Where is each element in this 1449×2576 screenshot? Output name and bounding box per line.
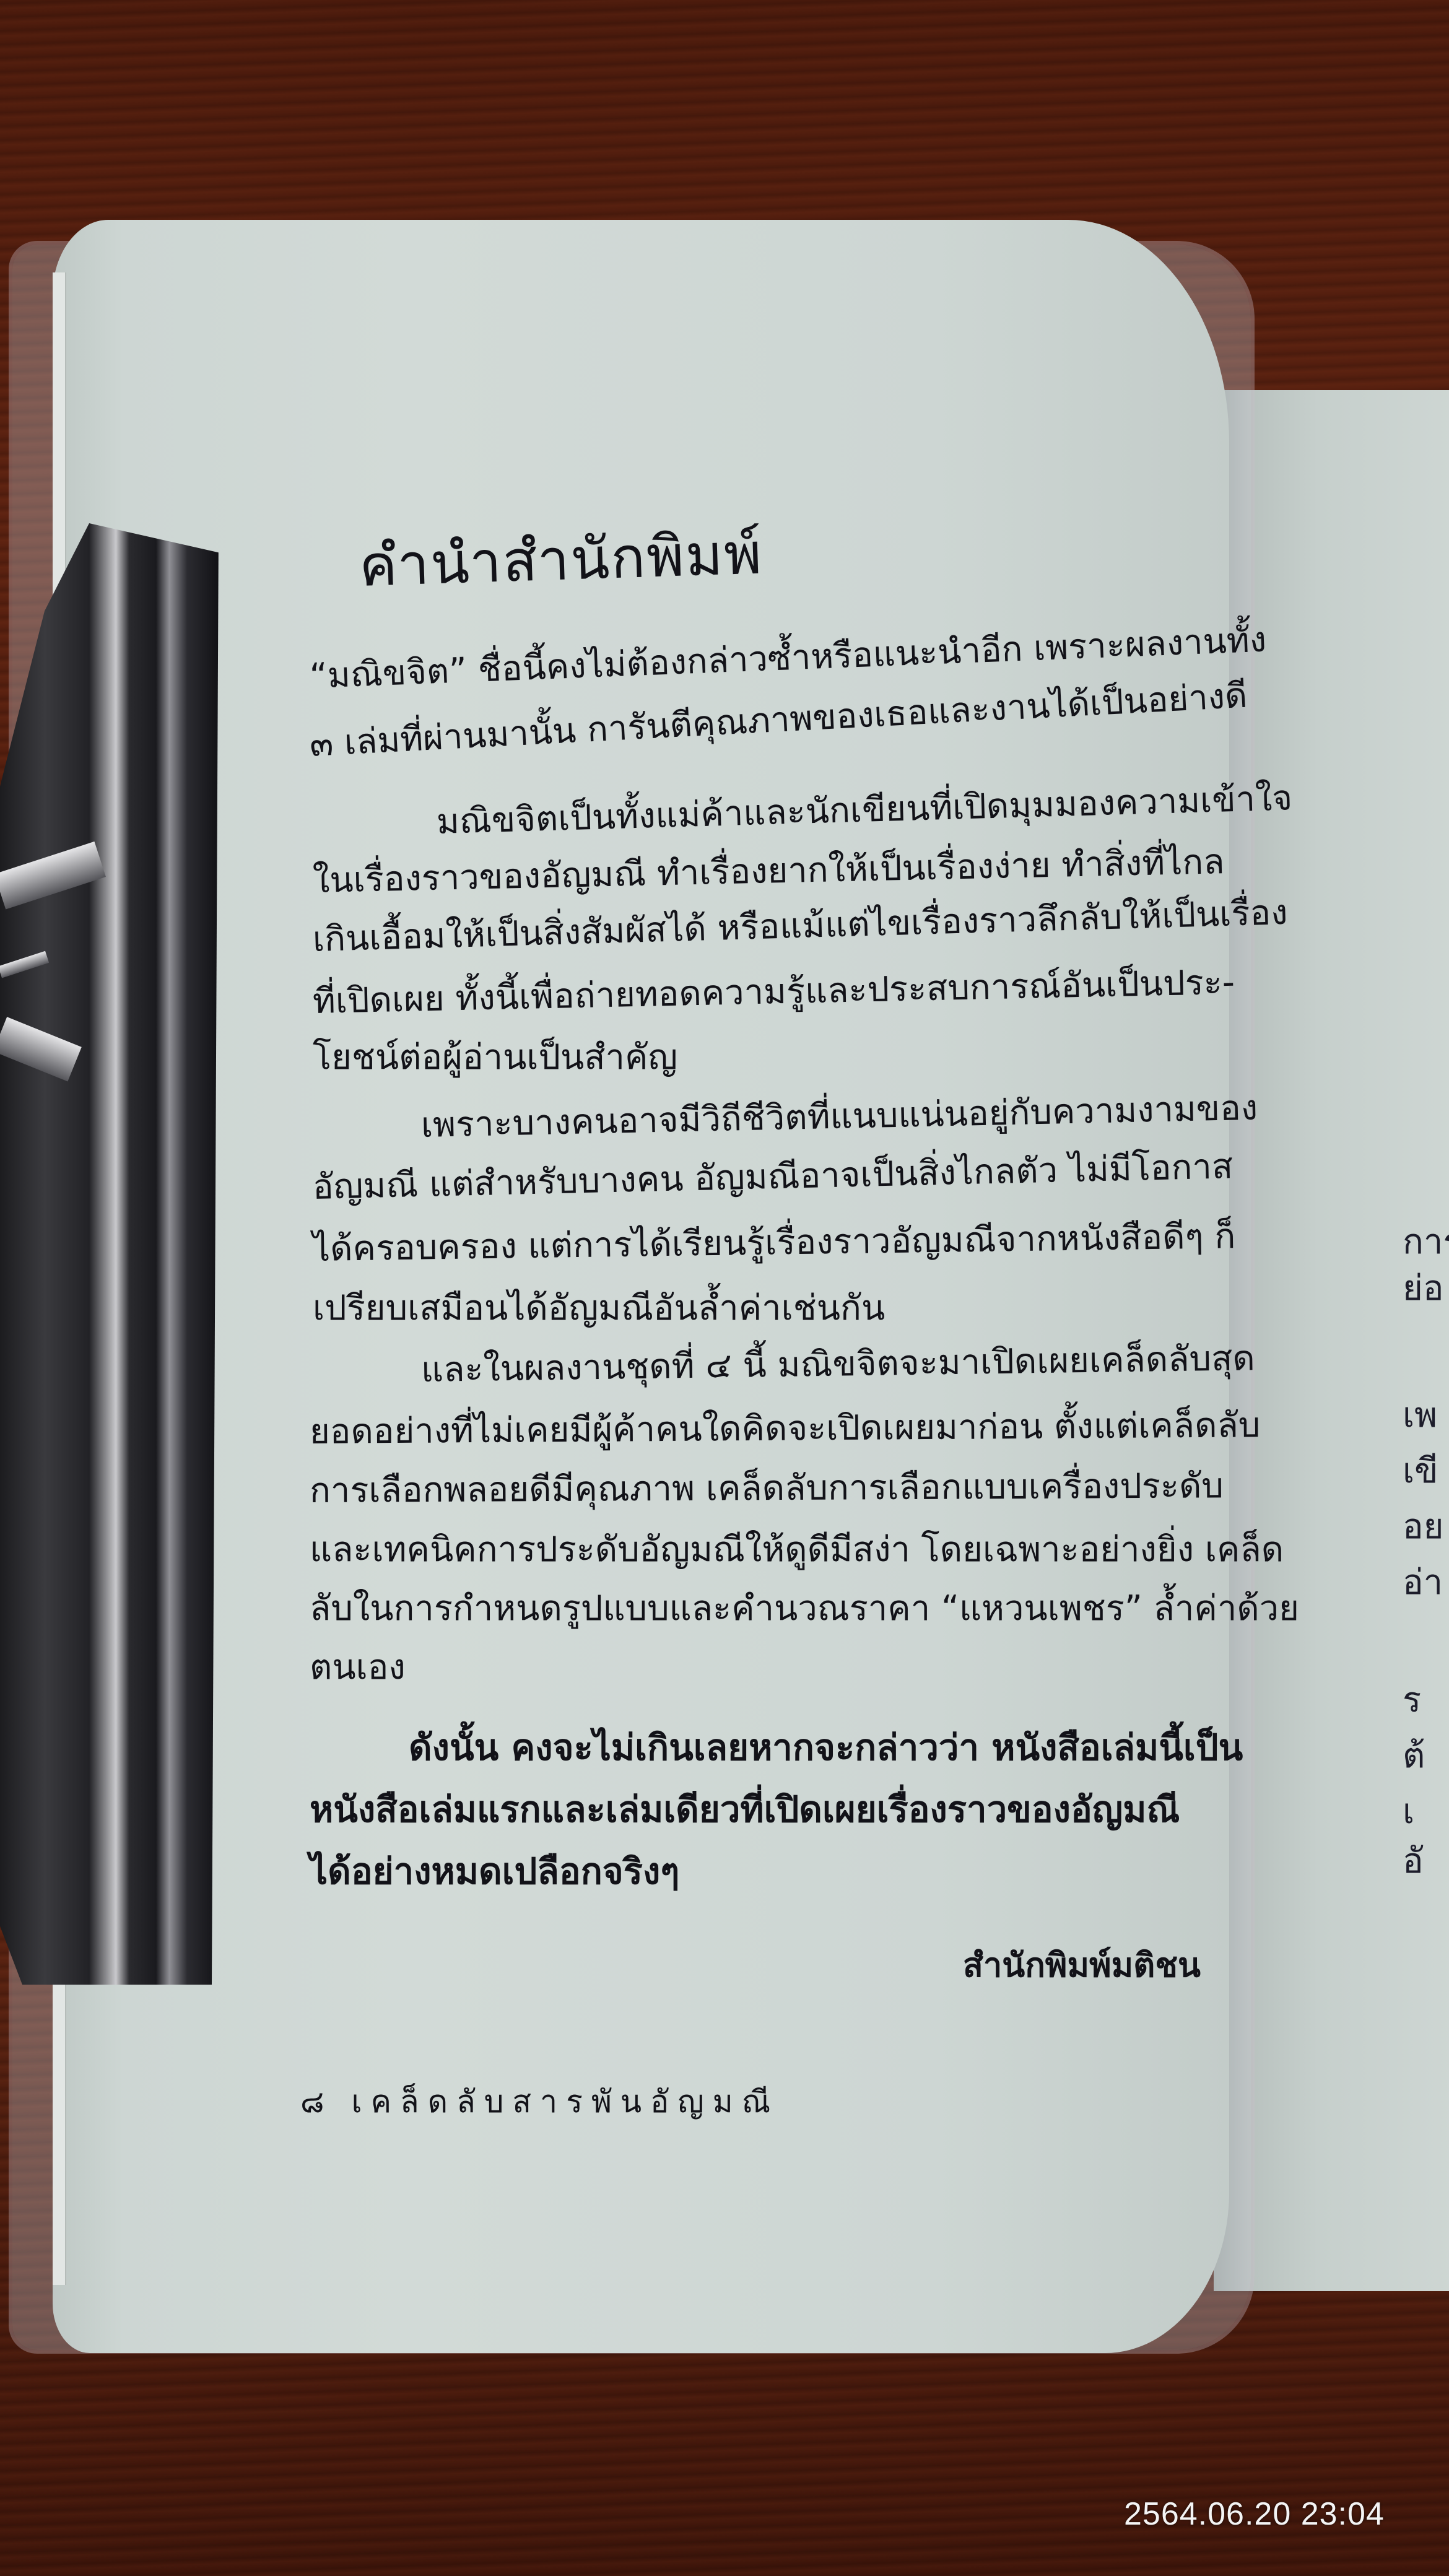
- metal-binder-clip: [0, 523, 223, 1985]
- body-line: โยชน์ต่อผู้อ่านเป็นสำคัญ: [313, 1040, 677, 1075]
- right-page-fragment: ร: [1403, 1672, 1421, 1727]
- body-line: การเลือกพลอยดีมีคุณภาพ เคล็ดลับการเลือกแ…: [310, 1469, 1224, 1508]
- bold-body-line: หนังสือเล่มแรกและเล่มเดียวที่เปิดเผยเรื่…: [310, 1780, 1180, 1838]
- right-page-fragment: อั: [1403, 1833, 1424, 1888]
- right-page-fragment: ย่อ: [1403, 1260, 1443, 1315]
- running-book-title: เคล็ดลับสารพันอัญมณี: [351, 2084, 779, 2120]
- photo-timestamp: 2564.06.20 23:04: [1124, 2495, 1385, 2533]
- right-page-fragment: อย: [1403, 1499, 1443, 1554]
- right-page-fragment: อ่า: [1403, 1554, 1443, 1609]
- bold-body-line: ดังนั้น คงจะไม่เกินเลยหากจะกล่าวว่า หนัง…: [409, 1718, 1243, 1776]
- right-page-fragment: เขี: [1403, 1443, 1438, 1498]
- right-page-fragment: เ: [1403, 1783, 1414, 1838]
- body-line: ตนเอง: [310, 1650, 406, 1685]
- body-line: และเทคนิคการประดับอัญมณีให้ดูดีมีสง่า โด…: [310, 1533, 1284, 1567]
- bold-body-line: ได้อย่างหมดเปลือกจริงๆ: [310, 1842, 679, 1900]
- body-line: เปรียบเสมือนได้อัญมณีอันล้ำค่าเช่นกัน: [313, 1291, 885, 1326]
- body-line: ยอดอย่างที่ไม่เคยมีผู้ค้าคนใดคิดจะเปิดเผ…: [310, 1408, 1261, 1450]
- body-line: ลับในการกำหนดรูปแบบและคำนวณราคา “แหวนเพช…: [310, 1591, 1299, 1626]
- page-footer: ๘ เคล็ดลับสารพันอัญมณี: [300, 2078, 779, 2126]
- page-number: ๘: [300, 2084, 333, 2120]
- right-page-fragment: เพ: [1403, 1387, 1437, 1442]
- publisher-signature: สำนักพิมพ์มติชน: [963, 1938, 1201, 1991]
- page-title: คำนำสำนักพิมพ์: [358, 508, 764, 611]
- right-page-fragment: ต้: [1403, 1728, 1425, 1783]
